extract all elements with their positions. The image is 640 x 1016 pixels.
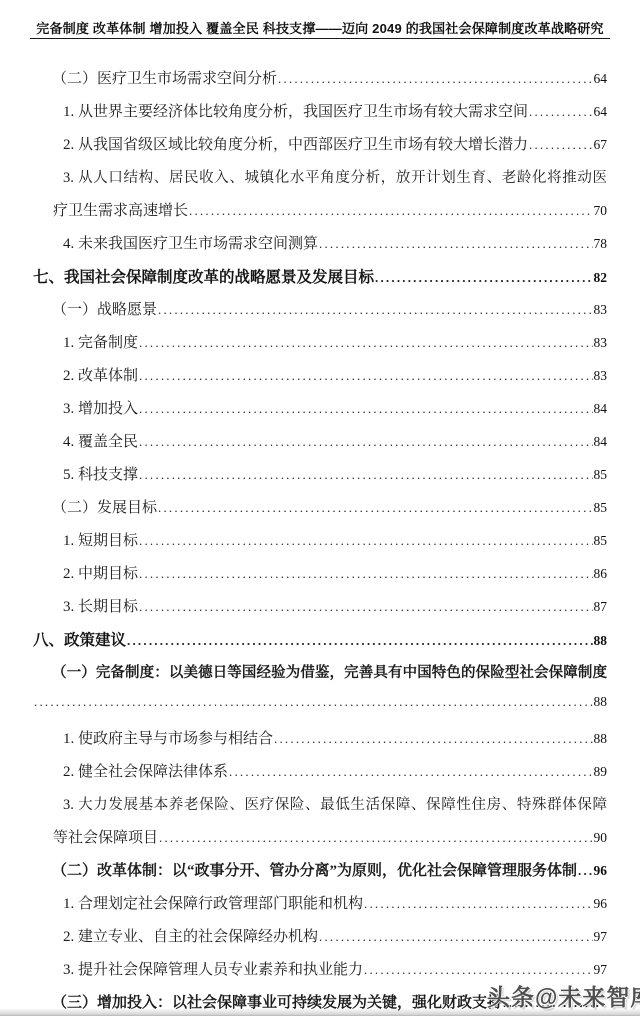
dot-leader bbox=[529, 104, 592, 120]
page-number: 88 bbox=[594, 633, 608, 649]
toc-entry-text: 八、政策建议 bbox=[33, 628, 126, 650]
toc-entry-text: （二）发展目标 bbox=[52, 496, 157, 517]
dot-leader bbox=[139, 401, 592, 417]
page-number: 70 bbox=[594, 203, 608, 219]
dot-leader bbox=[578, 863, 592, 879]
dot-leader bbox=[159, 830, 592, 846]
dot-leader bbox=[139, 335, 592, 351]
toc-entry[interactable]: 4. 覆盖全民84 bbox=[0, 422, 640, 455]
toc-entry-text: 3. 从人口结构、居民收入、城镇化水平角度分析，放开计划生育、老龄化将推动医 bbox=[63, 166, 607, 187]
dot-leader bbox=[139, 599, 592, 615]
dot-leader bbox=[158, 302, 592, 318]
dot-leader bbox=[189, 203, 592, 219]
toc-entry[interactable]: （二）改革体制：以“政事分开、管办分离”为原则，优化社会保障管理服务体制96 bbox=[0, 851, 640, 884]
toc-entry[interactable]: 七、我国社会保障制度改革的战略愿景及发展目标82 bbox=[0, 257, 640, 290]
toc-entry-text: 1. 短期目标 bbox=[63, 529, 138, 550]
toc-entry-text: 4. 未来我国医疗卫生市场需求空间测算 bbox=[63, 232, 318, 253]
running-header: 完备制度 改革体制 增加投入 覆盖全民 科技支撑——迈向 2049 的我国社会保… bbox=[0, 18, 640, 37]
toc-entry-text: 2. 中期目标 bbox=[63, 562, 138, 583]
dot-leader bbox=[229, 764, 592, 780]
dot-leader bbox=[319, 929, 592, 945]
dot-leader bbox=[529, 137, 592, 153]
page-number: 87 bbox=[594, 599, 608, 615]
page-number: 64 bbox=[594, 104, 608, 120]
toc-entry[interactable]: （二）发展目标85 bbox=[0, 488, 640, 521]
table-of-contents: （二）医疗卫生市场需求空间分析64 1. 从世界主要经济体比较角度分析，我国医疗… bbox=[0, 59, 640, 1016]
document-page: 完备制度 改革体制 增加投入 覆盖全民 科技支撑——迈向 2049 的我国社会保… bbox=[0, 0, 640, 1016]
toc-entry[interactable]: 1. 使政府主导与市场参与相结合88 bbox=[0, 719, 640, 752]
page-number: 85 bbox=[594, 533, 608, 549]
toc-entry-text: 1. 使政府主导与市场参与相结合 bbox=[63, 727, 273, 748]
toc-entry-text: 2. 改革体制 bbox=[63, 364, 138, 385]
toc-entry[interactable]: （一）完备制度：以美德日等国经验为借鉴，完善具有中国特色的保险型社会保障制度 bbox=[0, 653, 640, 686]
toc-entry[interactable]: 3. 长期目标87 bbox=[0, 587, 640, 620]
toc-entry-text: （一）战略愿景 bbox=[52, 298, 157, 319]
toc-entry[interactable]: 2. 建立专业、自主的社会保障经办机构97 bbox=[0, 917, 640, 950]
toc-entry[interactable]: 疗卫生需求高速增长70 bbox=[0, 191, 640, 224]
toc-entry-text: 1. 合理划定社会保障行政管理部门职能和机构 bbox=[63, 892, 363, 913]
toc-entry-text: 2. 建立专业、自主的社会保障经办机构 bbox=[63, 925, 318, 946]
page-number: 88 bbox=[594, 731, 608, 747]
page-number: 84 bbox=[594, 434, 608, 450]
dot-leader bbox=[364, 962, 592, 978]
page-number: 97 bbox=[594, 962, 608, 978]
toc-entry-text: （一）完备制度：以美德日等国经验为借鉴，完善具有中国特色的保险型社会保障制度 bbox=[52, 661, 607, 682]
dot-leader bbox=[274, 731, 592, 747]
page-number: 89 bbox=[594, 764, 608, 780]
toc-entry-text: 七、我国社会保障制度改革的战略愿景及发展目标 bbox=[33, 265, 374, 287]
dot-leader bbox=[375, 270, 592, 286]
toc-entry[interactable]: 88 bbox=[0, 686, 640, 719]
page-number: 83 bbox=[594, 335, 608, 351]
toc-entry[interactable]: 2. 健全社会保障法律体系89 bbox=[0, 752, 640, 785]
toc-entry[interactable]: 2. 改革体制83 bbox=[0, 356, 640, 389]
toc-entry[interactable]: 2. 从我国省级区域比较角度分析，中西部医疗卫生市场有较大增长潜力67 bbox=[0, 125, 640, 158]
page-number: 67 bbox=[594, 137, 608, 153]
toc-entry-text: 1. 从世界主要经济体比较角度分析，我国医疗卫生市场有较大需求空间 bbox=[63, 100, 528, 121]
dot-leader bbox=[139, 566, 592, 582]
toc-entry-text: （二）医疗卫生市场需求空间分析 bbox=[52, 67, 277, 88]
dot-leader bbox=[278, 71, 592, 87]
dot-leader bbox=[139, 368, 592, 384]
page-number: 85 bbox=[594, 500, 608, 516]
toc-entry[interactable]: 3. 从人口结构、居民收入、城镇化水平角度分析，放开计划生育、老龄化将推动医 bbox=[0, 158, 640, 191]
dot-leader bbox=[158, 500, 592, 516]
toc-entry[interactable]: 等社会保障项目90 bbox=[0, 818, 640, 851]
toc-entry[interactable]: 八、政策建议88 bbox=[0, 620, 640, 653]
toc-entry[interactable]: 2. 中期目标86 bbox=[0, 554, 640, 587]
toc-entry-text: 3. 增加投入 bbox=[63, 397, 138, 418]
toc-entry[interactable]: 1. 合理划定社会保障行政管理部门职能和机构96 bbox=[0, 884, 640, 917]
page-number: 64 bbox=[594, 71, 608, 87]
toc-entry[interactable]: 1. 短期目标85 bbox=[0, 521, 640, 554]
toc-entry-text: 3. 大力发展基本养老保险、医疗保险、最低生活保障、保障性住房、特殊群体保障 bbox=[63, 793, 607, 814]
dot-leader bbox=[127, 633, 592, 649]
page-number: 78 bbox=[594, 236, 608, 252]
toc-entry-text: 3. 提升社会保障管理人员专业素养和执业能力 bbox=[63, 958, 363, 979]
page-number: 86 bbox=[594, 566, 608, 582]
page-number: 96 bbox=[594, 896, 608, 912]
toc-entry-text: 2. 从我国省级区域比较角度分析，中西部医疗卫生市场有较大增长潜力 bbox=[63, 133, 528, 154]
toc-entry[interactable]: 3. 增加投入84 bbox=[0, 389, 640, 422]
toc-entry-text: 1. 完备制度 bbox=[63, 331, 138, 352]
toc-entry[interactable]: （一）战略愿景83 bbox=[0, 290, 640, 323]
header-rule bbox=[30, 38, 610, 39]
toc-entry[interactable]: 1. 完备制度83 bbox=[0, 323, 640, 356]
page-number: 82 bbox=[594, 270, 608, 286]
page-number: 85 bbox=[594, 467, 608, 483]
toc-entry[interactable]: （二）医疗卫生市场需求空间分析64 bbox=[0, 59, 640, 92]
dot-leader bbox=[34, 694, 593, 710]
toc-entry[interactable]: 4. 未来我国医疗卫生市场需求空间测算78 bbox=[0, 224, 640, 257]
page-number: 83 bbox=[594, 368, 608, 384]
dot-leader bbox=[139, 434, 592, 450]
toc-entry-text: 2. 健全社会保障法律体系 bbox=[63, 760, 228, 781]
dot-leader bbox=[139, 467, 592, 483]
page-number: 97 bbox=[594, 929, 608, 945]
toc-entry-text: 3. 长期目标 bbox=[63, 595, 138, 616]
toc-entry-text: 4. 覆盖全民 bbox=[63, 430, 138, 451]
toc-entry-text: 疗卫生需求高速增长 bbox=[53, 199, 188, 220]
page-number: 90 bbox=[594, 830, 608, 846]
page-edge bbox=[0, 1008, 640, 1016]
dot-leader bbox=[364, 896, 592, 912]
dot-leader bbox=[139, 533, 592, 549]
toc-entry[interactable]: 1. 从世界主要经济体比较角度分析，我国医疗卫生市场有较大需求空间64 bbox=[0, 92, 640, 125]
toc-entry-text: （二）改革体制：以“政事分开、管办分离”为原则，优化社会保障管理服务体制 bbox=[52, 859, 577, 880]
toc-entry-text: 等社会保障项目 bbox=[53, 826, 158, 847]
dot-leader bbox=[319, 236, 592, 252]
toc-entry-text: 5. 科技支撑 bbox=[63, 463, 138, 484]
toc-entry[interactable]: 3. 大力发展基本养老保险、医疗保险、最低生活保障、保障性住房、特殊群体保障 bbox=[0, 785, 640, 818]
page-number: 84 bbox=[594, 401, 608, 417]
page-number: 88 bbox=[594, 694, 608, 710]
toc-entry[interactable]: 5. 科技支撑85 bbox=[0, 455, 640, 488]
page-number: 96 bbox=[594, 863, 608, 879]
page-number: 83 bbox=[594, 302, 608, 318]
